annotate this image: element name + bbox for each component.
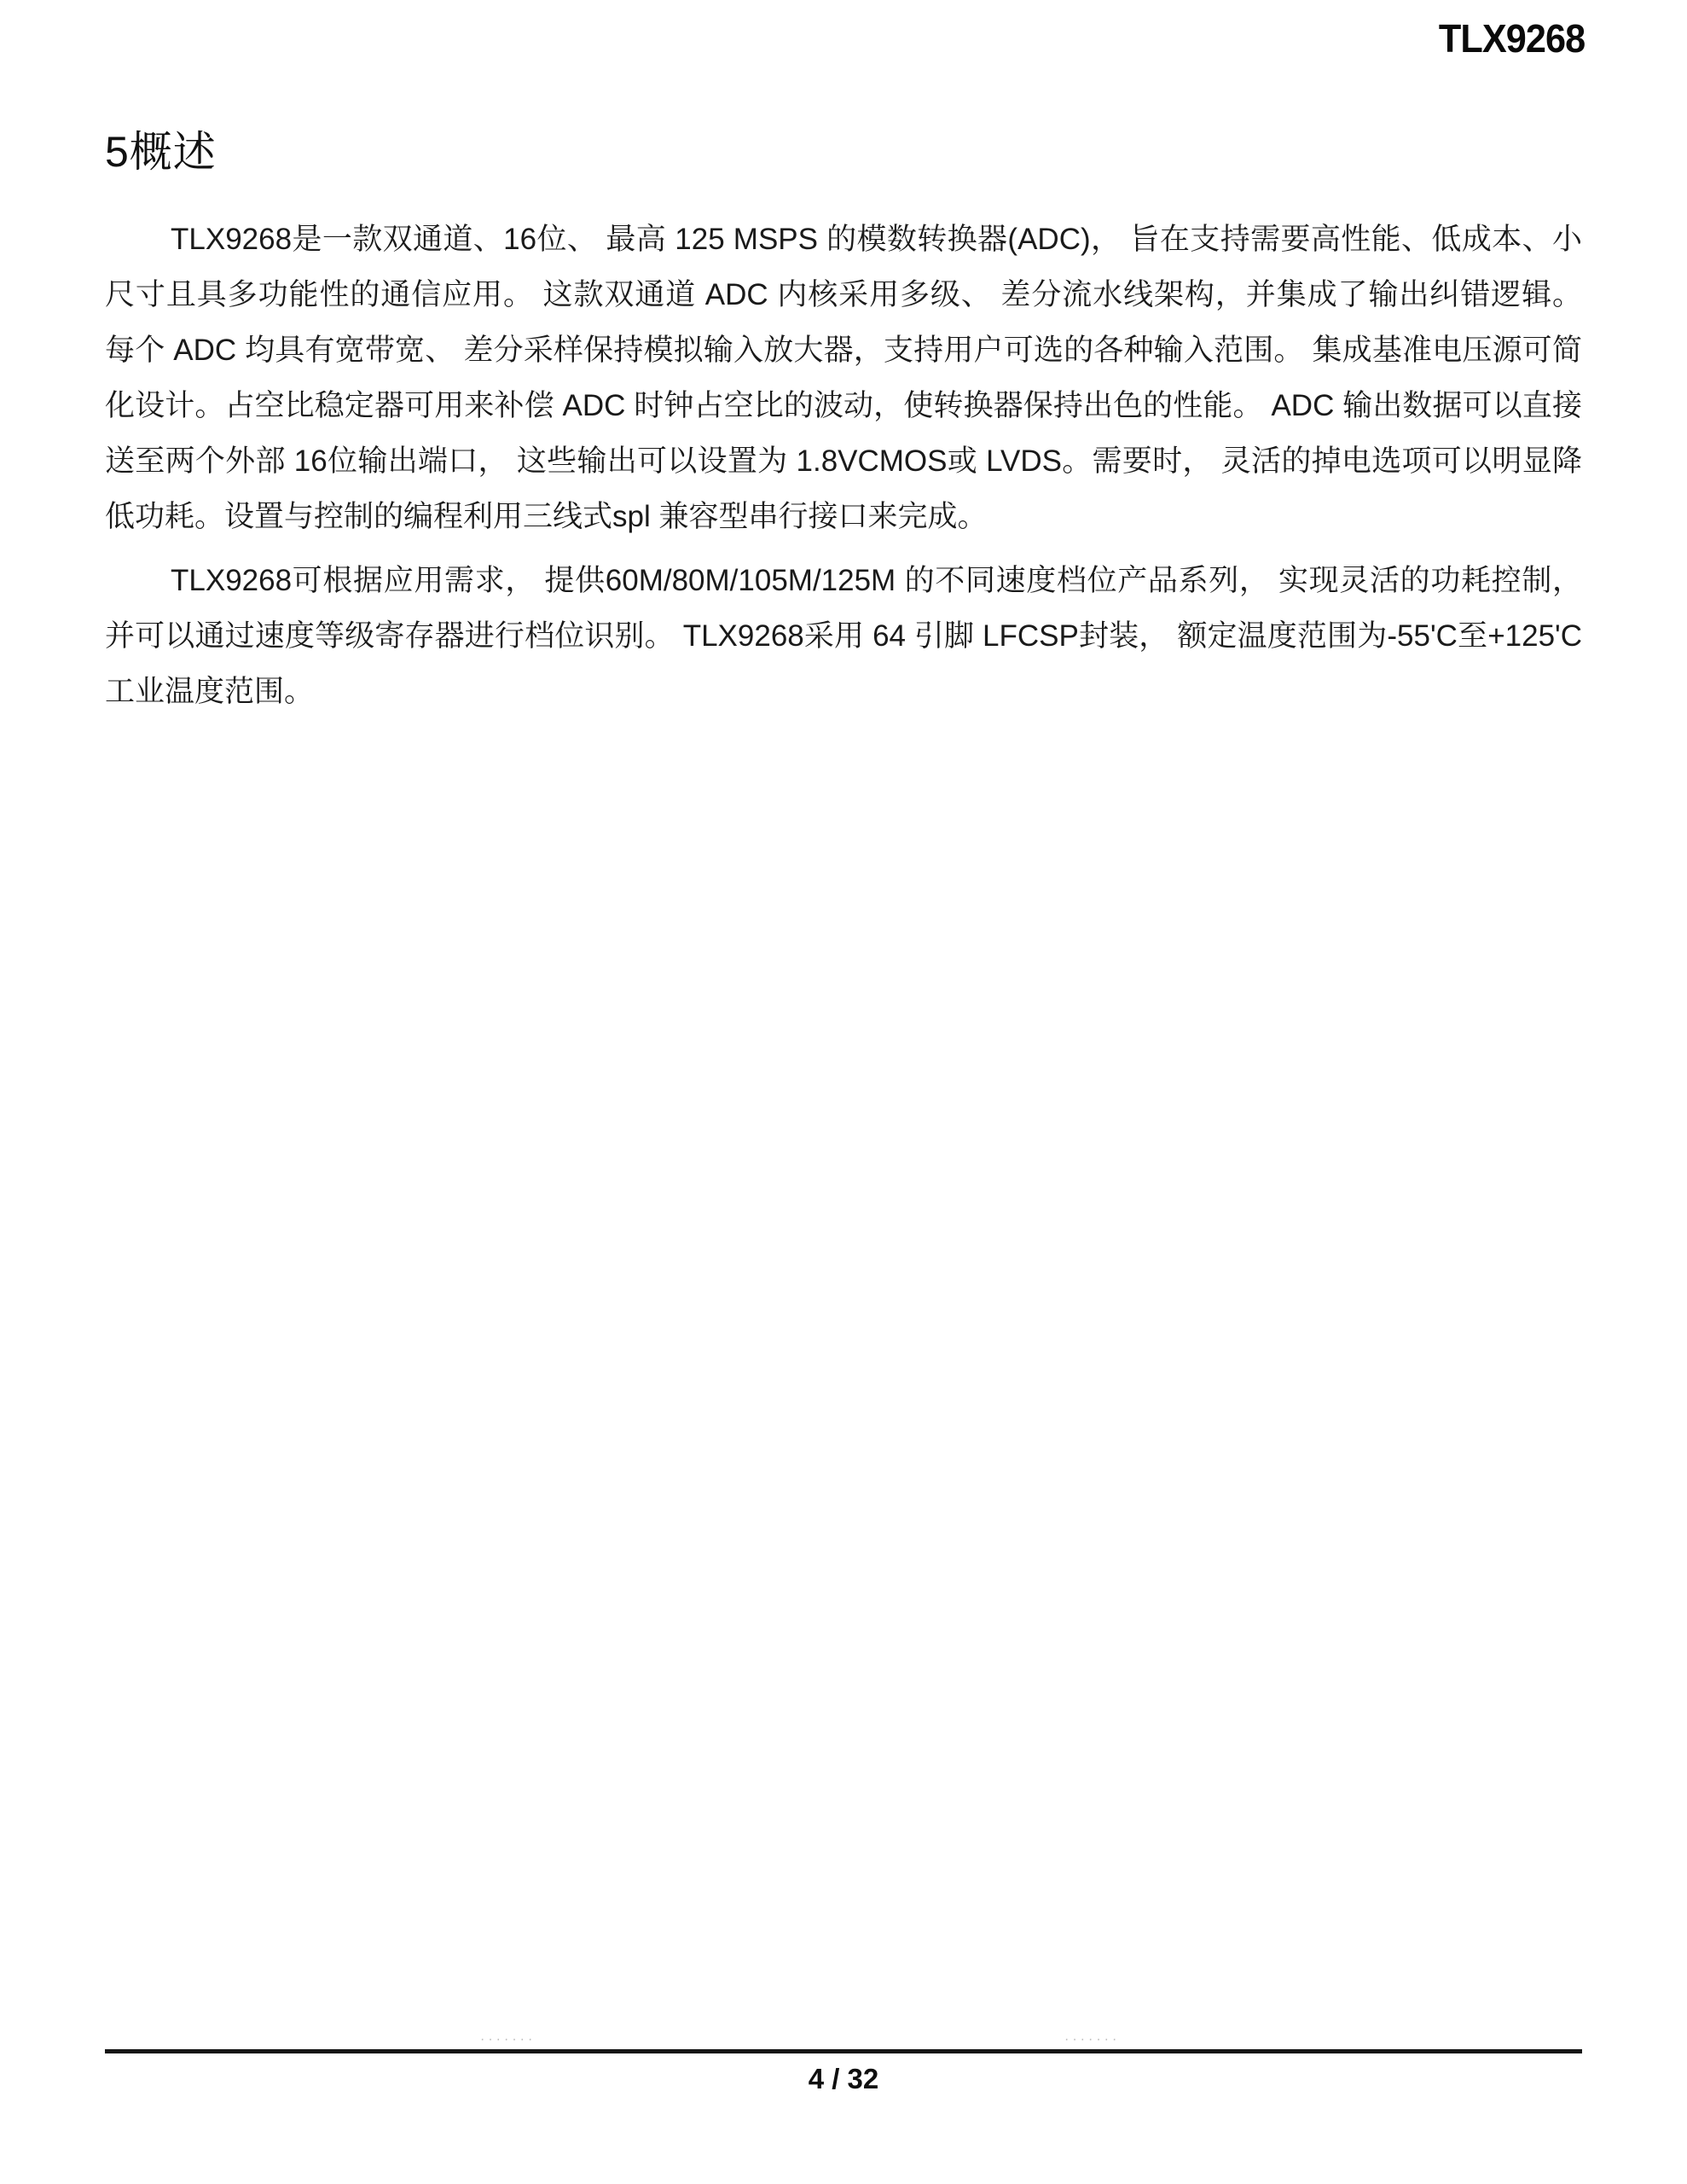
paragraph-overview-2: TLX9268可根据应用需求， 提供60M/80M/105M/125M 的不同速… [105, 553, 1582, 719]
footer-dots-left: ······· [480, 2032, 536, 2047]
document-page: TLX9268 5概述 TLX9268是一款双通道、16位、 最高 125 MS… [0, 0, 1687, 2184]
page-number: 4 / 32 [105, 2063, 1582, 2095]
paragraph-overview-1: TLX9268是一款双通道、16位、 最高 125 MSPS 的模数转换器(AD… [105, 212, 1582, 544]
section-heading: 5概述 [105, 118, 217, 179]
footer-divider [105, 2049, 1582, 2053]
body-text: TLX9268是一款双通道、16位、 最高 125 MSPS 的模数转换器(AD… [105, 212, 1582, 728]
footer-dots-right: ······· [1064, 2032, 1120, 2047]
brand-logo: TLX9268 [1439, 15, 1585, 61]
